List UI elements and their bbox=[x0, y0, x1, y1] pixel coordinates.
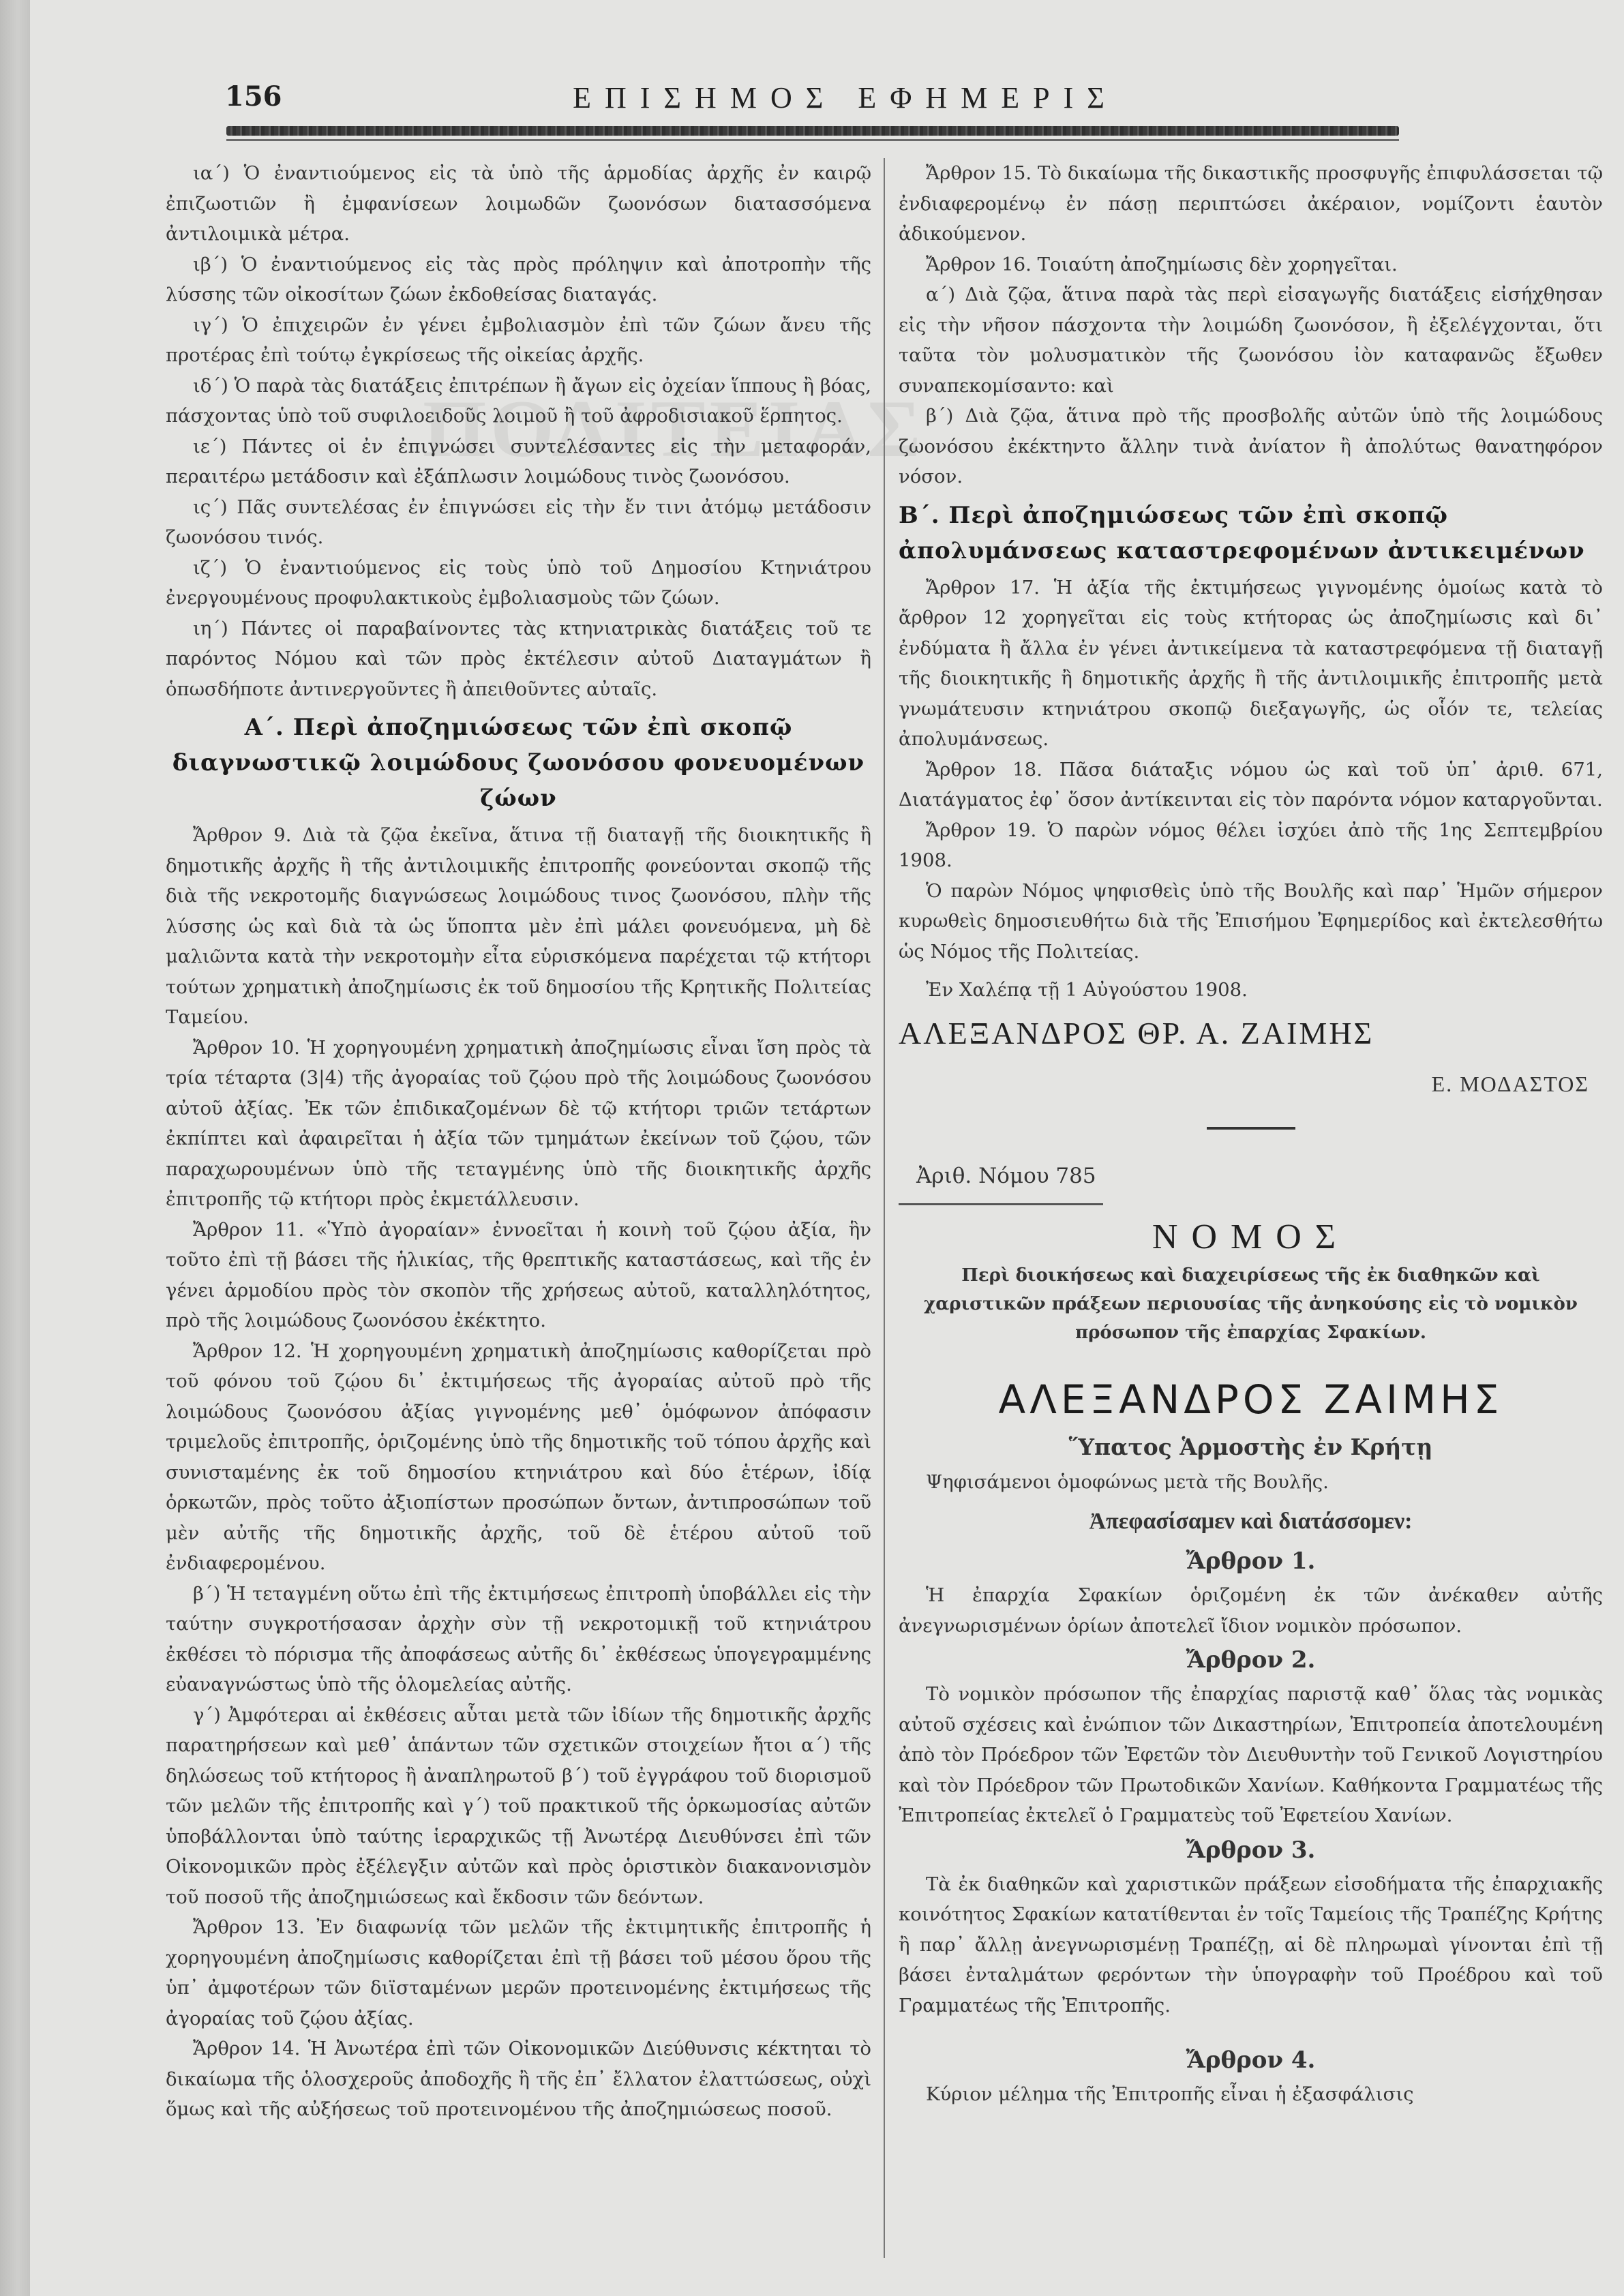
article-16-b: β΄) Διὰ ζῷα, ἅτινα πρὸ τῆς προσβολῆς αὐτ… bbox=[899, 401, 1603, 492]
article-4-heading: Ἄρθρον 4. bbox=[899, 2041, 1603, 2079]
page-number: 156 bbox=[225, 80, 282, 112]
clause-12: ιβ΄) Ὁ ἐναντιούμενος εἰς τὰς πρὸς πρόληψ… bbox=[166, 250, 871, 310]
clause-15: ιε΄) Πάντες οἱ ἐν ἐπιγνώσει συντελέσαντε… bbox=[166, 432, 871, 492]
clause-18: ιη΄) Πάντες οἱ παραβαίνοντες τὰς κτηνιατ… bbox=[166, 614, 871, 705]
column-divider bbox=[884, 158, 885, 2258]
law-subtitle: Περὶ διοικήσεως καὶ διαχειρίσεως τῆς ἐκ … bbox=[915, 1261, 1587, 1347]
clause-16: ις΄) Πᾶς συντελέσας ἐν ἐπιγνώσει εἰς τὴν… bbox=[166, 492, 871, 553]
article-19: Ἄρθρον 19. Ὁ παρὼν νόμος θέλει ἰσχύει ἀπ… bbox=[899, 815, 1603, 876]
header-rule-heavy bbox=[226, 126, 1399, 136]
signature: ΑΛΕΞΑΝΔΡΟΣ ΘΡ. Α. ΖΑΙΜΗΣ bbox=[899, 1010, 1603, 1057]
article-2-heading: Ἄρθρον 2. bbox=[899, 1641, 1603, 1679]
clause-17: ιζ΄) Ὁ ἐναντιούμενος εἰς τοὺς ὑπὸ τοῦ Δη… bbox=[166, 553, 871, 614]
scanner-edge bbox=[0, 0, 32, 2296]
issuer-title: Ὕπατος Ἁρμοστὴς ἐν Κρήτῃ bbox=[899, 1428, 1603, 1467]
clause-14: ιδ΄) Ὁ παρὰ τὰς διατάξεις ἐπιτρέπων ἢ ἄγ… bbox=[166, 371, 871, 432]
header-rule-thin bbox=[226, 139, 1399, 141]
article-2-text: Τὸ νομικὸν πρόσωπον τῆς ἐπαρχίας παριστᾷ… bbox=[899, 1679, 1603, 1831]
article-12: Ἄρθρον 12. Ἡ χορηγουμένη χρηματικὴ ἀποζη… bbox=[166, 1336, 871, 1579]
left-column: ια΄) Ὁ ἐναντιούμενος εἰς τὰ ὑπὸ τῆς ἁρμο… bbox=[166, 158, 871, 2125]
article-16: Ἄρθρον 16. Τοιαύτη ἀποζημίωσις δὲν χορηγ… bbox=[899, 250, 1603, 280]
clause-13: ιγ΄) Ὁ ἐπιχειρῶν ἐν γένει ἐμβολιασμὸν ἐπ… bbox=[166, 310, 871, 371]
article-12-b: β΄) Ἡ τεταγμένη οὕτω ἐπὶ τῆς ἐκτιμήσεως … bbox=[166, 1579, 871, 1700]
article-11: Ἄρθρον 11. «Ὑπὸ ἀγοραίαν» ἐννοεῖται ἡ κο… bbox=[166, 1215, 871, 1336]
right-column: Ἄρθρον 15. Τὸ δικαίωμα τῆς δικαστικῆς πρ… bbox=[899, 158, 1603, 2110]
article-9: Ἄρθρον 9. Διὰ τὰ ζῷα ἐκεῖνα, ἅτινα τῇ δι… bbox=[166, 820, 871, 1033]
clause-11: ια΄) Ὁ ἐναντιούμενος εἰς τὰ ὑπὸ τῆς ἁρμο… bbox=[166, 158, 871, 250]
article-3-heading: Ἄρθρον 3. bbox=[899, 1831, 1603, 1869]
section-a-heading: Α΄. Περὶ ἀποζημιώσεως τῶν ἐπὶ σκοπῷ διαγ… bbox=[166, 710, 871, 816]
article-15: Ἄρθρον 15. Τὸ δικαίωμα τῆς δικαστικῆς πρ… bbox=[899, 158, 1603, 250]
law-title: ΝΟΜΟΣ bbox=[899, 1213, 1603, 1261]
article-4-text: Κύριον μέλημα τῆς Ἐπιτροπῆς εἶναι ἡ ἐξασ… bbox=[899, 2079, 1603, 2110]
promulgation-text: Ὁ παρὼν Νόμος ψηφισθεὶς ὑπὸ τῆς Βουλῆς κ… bbox=[899, 876, 1603, 967]
section-b-heading: Β΄. Περὶ ἀποζημιώσεως τῶν ἐπὶ σκοπῷ ἀπολ… bbox=[899, 498, 1603, 569]
date-line: Ἐν Χαλέπᾳ τῇ 1 Αὐγούστου 1908. bbox=[899, 975, 1603, 1006]
separator-rule bbox=[1207, 1127, 1295, 1130]
issuer-name: ΑΛΕΞΑΝΔΡΟΣ ΖΑΙΜΗΣ bbox=[899, 1372, 1603, 1428]
article-16-a: α΄) Διὰ ζῷα, ἅτινα παρὰ τὰς περὶ εἰσαγωγ… bbox=[899, 280, 1603, 401]
article-17: Ἄρθρον 17. Ἡ ἀξία τῆς ἐκτιμήσεως γιγνομέ… bbox=[899, 573, 1603, 755]
article-12-c: γ΄) Ἀμφότεραι αἱ ἐκθέσεις αὗται μετὰ τῶν… bbox=[166, 1700, 871, 1913]
decree-line: Ἀπεφασίσαμεν καὶ διατάσσομεν: bbox=[899, 1501, 1603, 1542]
masthead-title: ΕΠΙΣΗΜΟΣ ΕΦΗΜΕΡΙΣ bbox=[423, 80, 1268, 115]
spacer bbox=[899, 2021, 1603, 2041]
article-14: Ἄρθρον 14. Ἡ Ἀνωτέρα ἐπὶ τῶν Οἰκονομικῶν… bbox=[166, 2034, 871, 2125]
voted-line: Ψηφισάμενοι ὁμοφώνως μετὰ τῆς Βουλῆς. bbox=[899, 1467, 1603, 1498]
article-3-text: Τὰ ἐκ διαθηκῶν καὶ χαριστικῶν πράξεων εἰ… bbox=[899, 1869, 1603, 2021]
article-10: Ἄρθρον 10. Ἡ χορηγουμένη χρηματικὴ ἀποζη… bbox=[166, 1033, 871, 1215]
article-1-heading: Ἄρθρον 1. bbox=[899, 1542, 1603, 1580]
separator-rule-2 bbox=[899, 1203, 1103, 1205]
article-1-text: Ἡ ἐπαρχία Σφακίων ὁριζομένη ἐκ τῶν ἀνέκα… bbox=[899, 1580, 1603, 1641]
law-number: Ἀριθ. Νόμου 785 bbox=[916, 1155, 1603, 1196]
article-13: Ἄρθρον 13. Ἐν διαφωνίᾳ τῶν μελῶν τῆς ἐκτ… bbox=[166, 1912, 871, 2034]
article-18: Ἄρθρον 18. Πᾶσα διάταξις νόμου ὡς καὶ το… bbox=[899, 755, 1603, 815]
countersignature: Ε. ΜΟΔΑΣΤΟΣ bbox=[899, 1060, 1589, 1108]
